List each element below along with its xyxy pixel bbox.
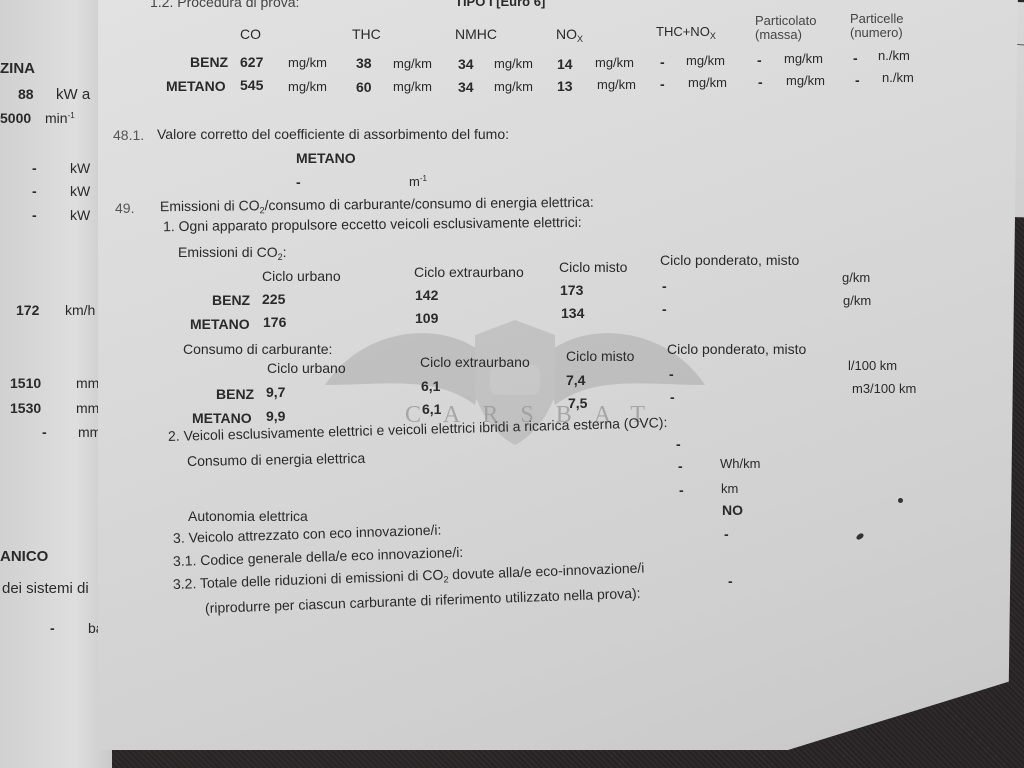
kw-unit-2: kW [70, 183, 90, 199]
header-nox: NOX [556, 26, 583, 44]
fuel-label: BENZ [216, 386, 254, 402]
procedure-type: TIPO I [Euro 6] [455, 0, 545, 9]
mm-unit-3: mm [78, 424, 101, 440]
kw-value-2: - [32, 183, 37, 199]
nmhc-value: 34 [458, 79, 474, 95]
section-number-48-1: 48.1. [113, 127, 144, 143]
urban-value: 176 [263, 314, 286, 330]
power-value: 88 [18, 86, 34, 102]
cons-header-urban: Ciclo urbano [267, 360, 346, 376]
header-pm-mass: Particolato(massa) [755, 14, 816, 42]
rpm-unit: min-1 [45, 110, 75, 126]
unit: mg/km [688, 75, 727, 90]
item-3-2-value: - [728, 573, 733, 589]
weighted-value: - [669, 366, 674, 382]
urban-value: 225 [262, 291, 285, 307]
energy-consumption-label: Consumo di energia elettrica [187, 450, 365, 469]
unit: mg/km [288, 55, 327, 70]
co-value: 545 [240, 77, 263, 93]
extra-value: 109 [415, 310, 438, 326]
mixed-value: 134 [561, 305, 584, 321]
smoke-fuel: METANO [296, 150, 356, 166]
unit: mg/km [494, 56, 533, 71]
header-thc-nox: THC+NOX [656, 24, 716, 41]
pn-value: - [853, 50, 858, 66]
electric-range-flag: NO [722, 502, 743, 518]
extra-value: 6,1 [421, 378, 440, 394]
rpm-value: 5000 [0, 110, 31, 126]
mixed-value: 173 [560, 282, 583, 298]
weighted-value: - [662, 278, 667, 294]
nmhc-value: 34 [458, 56, 474, 72]
header-pn: Particelle(numero) [850, 12, 903, 40]
procedure-label: 1.2. Procedura di prova: [150, 0, 299, 10]
fuel-label: METANO [190, 316, 250, 332]
extra-value: 142 [415, 287, 438, 303]
unit: mg/km [494, 79, 533, 94]
header-nmhc: NMHC [455, 26, 497, 42]
mixed-value: 7,5 [568, 395, 587, 411]
speed-unit: km/h [65, 302, 95, 318]
bar-value: - [50, 620, 55, 636]
co2-emissions-label: Emissioni di CO2: [178, 244, 287, 262]
mm-unit-2: mm [76, 400, 99, 416]
fuel-label: BENZ [190, 54, 228, 70]
urban-value: 9,9 [266, 408, 285, 424]
cons-header-mixed: Ciclo misto [566, 348, 634, 364]
co-value: 627 [240, 54, 263, 70]
unit: mg/km [393, 56, 432, 71]
speed-value: 172 [16, 302, 39, 318]
power-unit: kW a [56, 86, 90, 103]
extra-value: 6,1 [422, 401, 441, 417]
co2-header-weighted: Ciclo ponderato, misto [660, 252, 799, 268]
smoke-label: Valore corretto del coefficiente di asso… [157, 126, 509, 142]
kw-unit-3: kW [70, 207, 90, 223]
header-co: CO [240, 26, 261, 42]
pn-value: - [855, 72, 860, 88]
cons-header-extra: Ciclo extraurbano [420, 354, 530, 370]
fuel-label: METANO [166, 78, 226, 94]
co2-header-extra: Ciclo extraurbano [414, 264, 524, 280]
paper-mark [898, 498, 903, 503]
unit: mg/km [595, 55, 634, 70]
thc-nox-value: - [660, 54, 665, 70]
unit: m3/100 km [852, 381, 916, 396]
header-thc: THC [352, 26, 381, 42]
section-number-49: 49. [115, 200, 134, 216]
unit: g/km [842, 270, 870, 285]
energy-consumption-value: - [678, 458, 683, 474]
unit: mg/km [784, 51, 823, 66]
thc-nox-value: - [660, 76, 665, 92]
cons-header-weighted: Ciclo ponderato, misto [667, 341, 806, 357]
unit: n./km [878, 48, 910, 63]
background-sheet-left: ZINA 88 kW a 5000 min-1 - kW - kW - kW 1… [0, 0, 112, 768]
smoke-unit: m-1 [409, 174, 427, 189]
item-3-value: - [724, 526, 729, 542]
pm-value: - [757, 52, 762, 68]
weighted-value: - [670, 389, 675, 405]
mm-value-3: - [42, 424, 47, 440]
unit: g/km [843, 293, 871, 308]
smoke-value: - [296, 174, 301, 190]
kw-value-3: - [32, 207, 37, 223]
consumption-label: Consumo di carburante: [183, 341, 332, 357]
energy-consumption-unit: Wh/km [720, 456, 760, 471]
co2-header-urban: Ciclo urbano [262, 268, 341, 284]
mm-value-2: 1530 [10, 400, 41, 416]
unit: mg/km [393, 79, 432, 94]
mm-value-1: 1510 [10, 375, 41, 391]
text-fragment: dei sistemi di [2, 580, 89, 597]
unit: mg/km [597, 77, 636, 92]
electric-range-unit: km [721, 481, 738, 496]
thc-value: 38 [356, 55, 372, 71]
electric-range-value: - [679, 482, 684, 498]
item-2-value: - [676, 436, 681, 452]
kw-value-1: - [32, 160, 37, 176]
nox-value: 13 [557, 78, 573, 94]
section-title-fragment: ZINA [0, 60, 35, 77]
fuel-label: METANO [192, 410, 252, 426]
mm-unit-1: mm [76, 375, 99, 391]
section-title-fragment-2: ANICO [0, 548, 48, 565]
unit: n./km [882, 70, 914, 85]
mixed-value: 7,4 [566, 372, 585, 388]
document-sheet [98, 0, 1018, 750]
thc-value: 60 [356, 79, 372, 95]
urban-value: 9,7 [266, 384, 285, 400]
co2-header-mixed: Ciclo misto [559, 259, 627, 275]
kw-unit-1: kW [70, 160, 90, 176]
electric-range-label: Autonomia elettrica [188, 508, 308, 524]
unit: mg/km [686, 53, 725, 68]
weighted-value: - [662, 301, 667, 317]
unit: mg/km [288, 79, 327, 94]
pm-value: - [758, 74, 763, 90]
unit: l/100 km [848, 358, 897, 373]
unit: mg/km [786, 73, 825, 88]
fuel-label: BENZ [212, 292, 250, 308]
nox-value: 14 [557, 56, 573, 72]
